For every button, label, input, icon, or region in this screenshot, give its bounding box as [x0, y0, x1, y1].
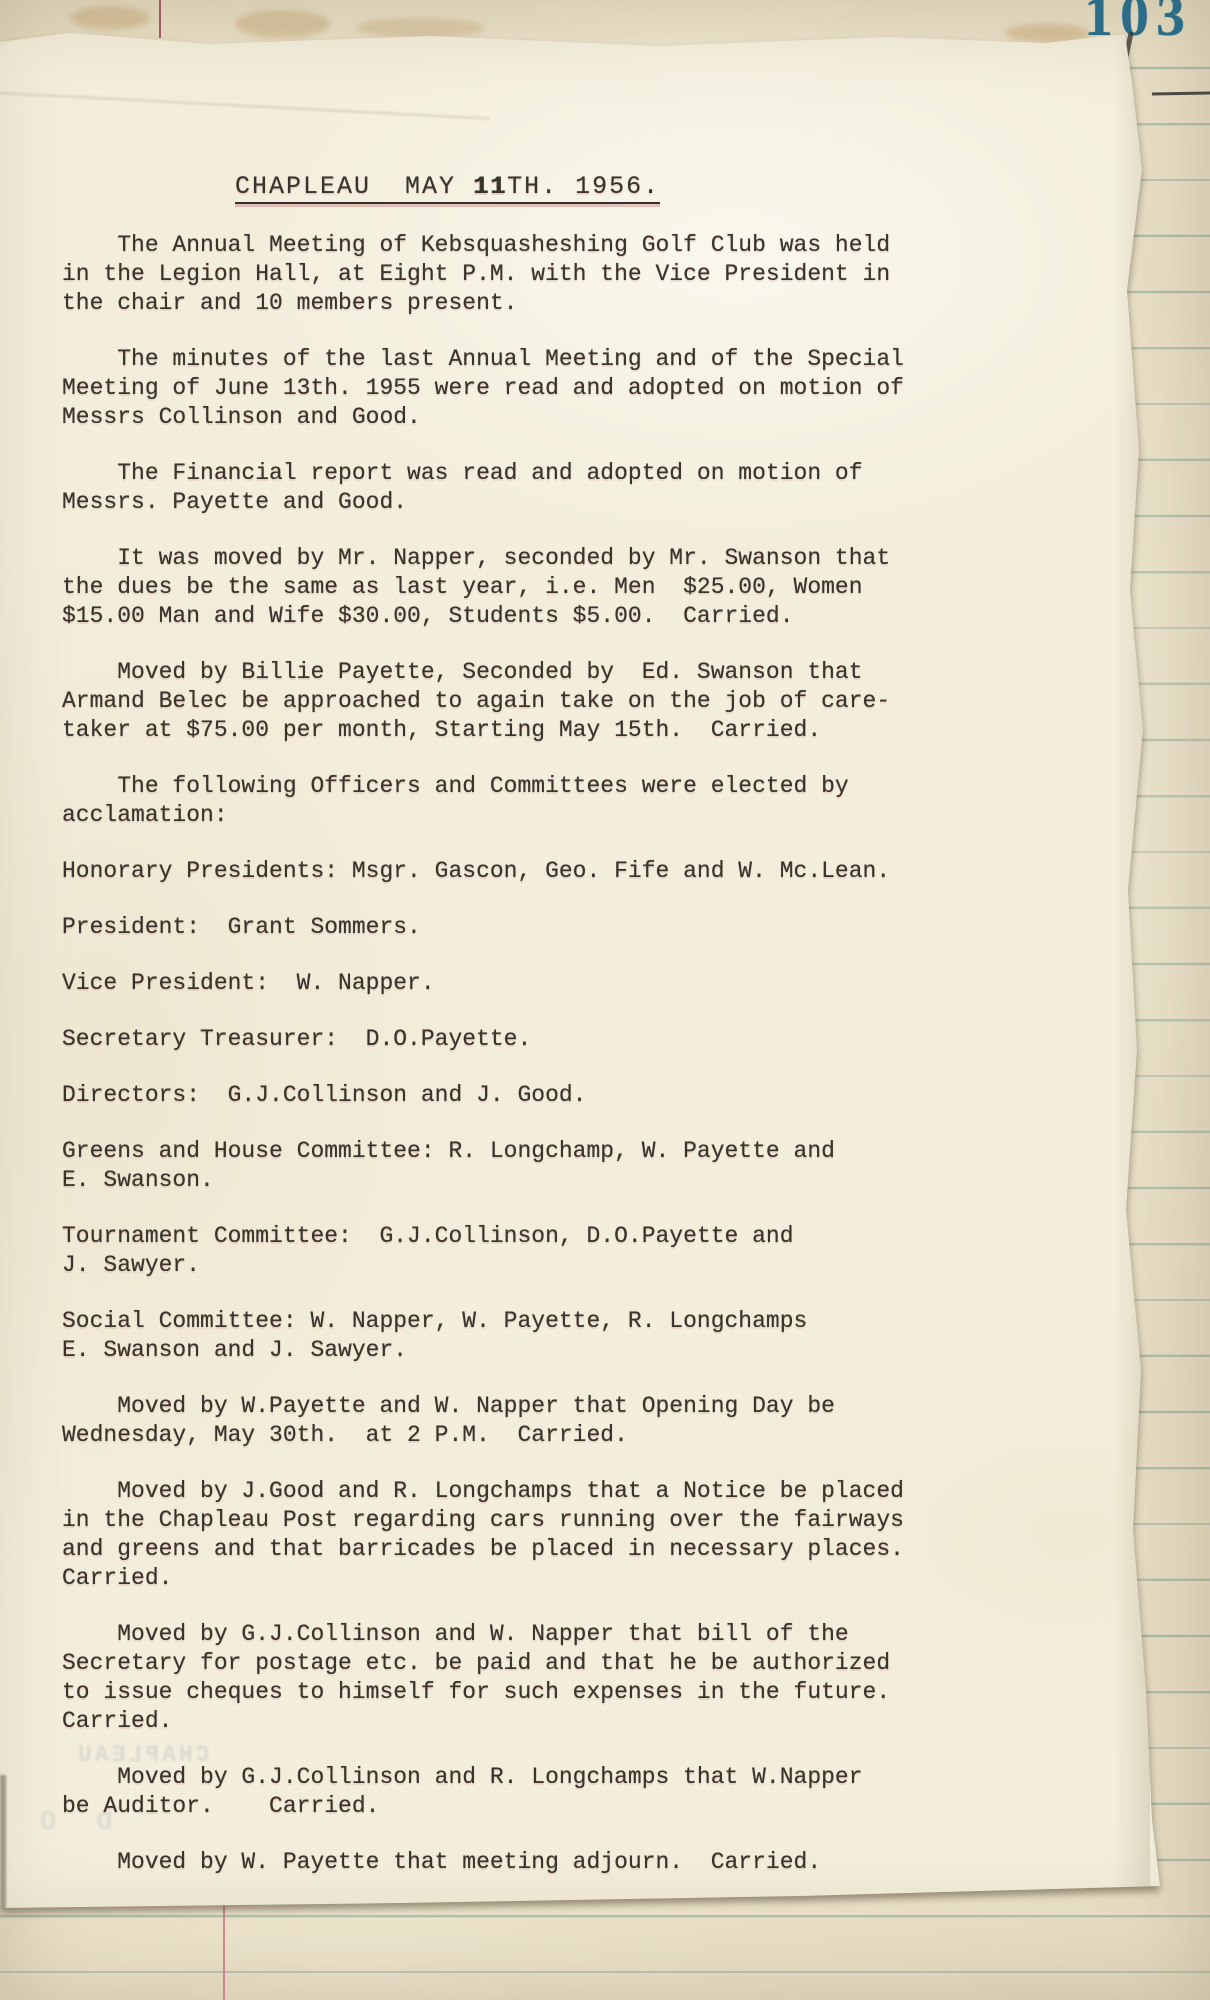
paragraph: Greens and House Committee: R. Longchamp… — [62, 1137, 982, 1195]
paragraph: The minutes of the last Annual Meeting a… — [62, 345, 982, 432]
text-line: Moved by Billie Payette, Seconded by Ed.… — [62, 658, 982, 687]
text-line: Messrs Collinson and Good. — [62, 403, 982, 432]
typed-content: CHAPLEAU MAY 11TH. 1956. The Annual Meet… — [62, 170, 982, 1877]
title-pre: CHAPLEAU MAY — [235, 172, 473, 201]
text-line: Honorary Presidents: Msgr. Gascon, Geo. … — [62, 857, 982, 886]
paragraph: Moved by J.Good and R. Longchamps that a… — [62, 1477, 982, 1593]
text-line: Greens and House Committee: R. Longchamp… — [62, 1137, 982, 1166]
text-line: in the Legion Hall, at Eight P.M. with t… — [62, 260, 982, 289]
text-line: It was moved by Mr. Napper, seconded by … — [62, 544, 982, 573]
text-line: the dues be the same as last year, i.e. … — [62, 573, 982, 602]
text-line: Tournament Committee: G.J.Collinson, D.O… — [62, 1222, 982, 1251]
paragraph: Moved by G.J.Collinson and W. Napper tha… — [62, 1620, 982, 1736]
paper-crease — [0, 92, 489, 120]
paragraph: Moved by W.Payette and W. Napper that Op… — [62, 1392, 982, 1450]
text-line: be Auditor. Carried. — [62, 1792, 982, 1821]
text-line: Directors: G.J.Collinson and J. Good. — [62, 1081, 982, 1110]
text-line: E. Swanson. — [62, 1166, 982, 1195]
minutes-body: The Annual Meeting of Kebsquasheshing Go… — [62, 231, 982, 1877]
title-post: TH. 1956. — [507, 172, 660, 201]
text-line: The minutes of the last Annual Meeting a… — [62, 345, 982, 374]
paragraph: It was moved by Mr. Napper, seconded by … — [62, 544, 982, 631]
text-line: The following Officers and Committees we… — [62, 772, 982, 801]
paragraph: Secretary Treasurer: D.O.Payette. — [62, 1025, 982, 1054]
text-line: Secretary Treasurer: D.O.Payette. — [62, 1025, 982, 1054]
text-line: Meeting of June 13th. 1955 were read and… — [62, 374, 982, 403]
text-line: taker at $75.00 per month, Starting May … — [62, 716, 982, 745]
text-line: in the Chapleau Post regarding cars runn… — [62, 1506, 982, 1535]
typed-sheet-wrapper: CHAPLEAU D O CHAPLEAU MAY 11TH. 1956. Th… — [0, 0, 1190, 1910]
paragraph: Moved by G.J.Collinson and R. Longchamps… — [62, 1763, 982, 1821]
text-line: Messrs. Payette and Good. — [62, 488, 982, 517]
paragraph: Social Committee: W. Napper, W. Payette,… — [62, 1307, 982, 1365]
text-line: Moved by J.Good and R. Longchamps that a… — [62, 1477, 982, 1506]
text-line: J. Sawyer. — [62, 1251, 982, 1280]
text-line: Carried. — [62, 1707, 982, 1736]
paragraph: The Financial report was read and adopte… — [62, 459, 982, 517]
text-line: Moved by W.Payette and W. Napper that Op… — [62, 1392, 982, 1421]
paragraph: Moved by W. Payette that meeting adjourn… — [62, 1848, 982, 1877]
text-line: The Annual Meeting of Kebsquasheshing Go… — [62, 231, 982, 260]
paragraph: The Annual Meeting of Kebsquasheshing Go… — [62, 231, 982, 318]
text-line: Armand Belec be approached to again take… — [62, 687, 982, 716]
paragraph: President: Grant Sommers. — [62, 913, 982, 942]
paragraph: The following Officers and Committees we… — [62, 772, 982, 830]
page-title: CHAPLEAU MAY 11TH. 1956. — [235, 170, 982, 204]
title-underline: CHAPLEAU MAY 11TH. 1956. — [235, 172, 660, 204]
text-line: The Financial report was read and adopte… — [62, 459, 982, 488]
paragraph: Vice President: W. Napper. — [62, 969, 982, 998]
torn-edge-shading — [1114, 30, 1150, 1910]
title-day-overstruck: 11 — [473, 172, 507, 201]
text-line: Vice President: W. Napper. — [62, 969, 982, 998]
text-line: and greens and that barricades be placed… — [62, 1535, 982, 1564]
typed-sheet: CHAPLEAU D O CHAPLEAU MAY 11TH. 1956. Th… — [0, 30, 1190, 1910]
paragraph: Directors: G.J.Collinson and J. Good. — [62, 1081, 982, 1110]
text-line: acclamation: — [62, 801, 982, 830]
text-line: E. Swanson and J. Sawyer. — [62, 1336, 982, 1365]
text-line: $15.00 Man and Wife $30.00, Students $5.… — [62, 602, 982, 631]
paragraph: Moved by Billie Payette, Seconded by Ed.… — [62, 658, 982, 745]
text-line: Carried. — [62, 1564, 982, 1593]
ledger-margin-line-bottom — [223, 1900, 225, 2000]
paragraph: Honorary Presidents: Msgr. Gascon, Geo. … — [62, 857, 982, 886]
text-line: Moved by W. Payette that meeting adjourn… — [62, 1848, 982, 1877]
scanned-minutes-page: { "page": { "number": "103", "heading": … — [0, 0, 1210, 2000]
text-line: President: Grant Sommers. — [62, 913, 982, 942]
text-line: Secretary for postage etc. be paid and t… — [62, 1649, 982, 1678]
text-line: Moved by G.J.Collinson and R. Longchamps… — [62, 1763, 982, 1792]
text-line: Social Committee: W. Napper, W. Payette,… — [62, 1307, 982, 1336]
text-line: to issue cheques to himself for such exp… — [62, 1678, 982, 1707]
text-line: the chair and 10 members present. — [62, 289, 982, 318]
text-line: Moved by G.J.Collinson and W. Napper tha… — [62, 1620, 982, 1649]
paragraph: Tournament Committee: G.J.Collinson, D.O… — [62, 1222, 982, 1280]
text-line: Wednesday, May 30th. at 2 P.M. Carried. — [62, 1421, 982, 1450]
